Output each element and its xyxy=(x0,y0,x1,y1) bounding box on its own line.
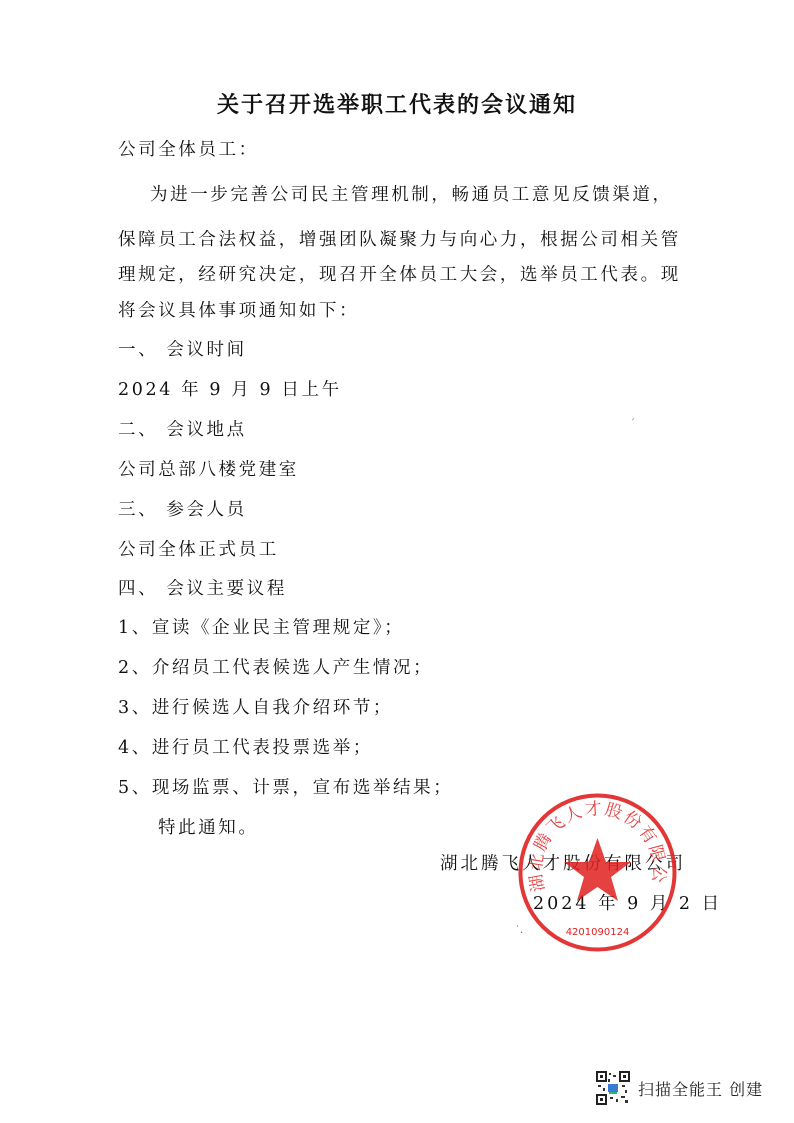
scanner-watermark: 扫描全能王 创建 xyxy=(596,1071,763,1105)
section-heading-attendees: 三、 参会人员 xyxy=(118,496,247,521)
agenda-item-2: 2、介绍员工代表候选人产生情况； xyxy=(118,654,433,679)
intro-line-1: 为进一步完善公司民主管理机制，畅通员工意见反馈渠道， xyxy=(150,181,673,206)
intro-line-4: 将会议具体事项通知如下： xyxy=(118,297,359,322)
agenda-item-3: 3、进行候选人自我介绍环节； xyxy=(118,694,393,719)
star-icon xyxy=(564,838,631,901)
intro-line-2: 保障员工合法权益，增强团队凝聚力与向心力，根据公司相关管 xyxy=(118,226,681,251)
agenda-item-1: 1、宣读《企业民主管理规定》； xyxy=(118,614,404,639)
document-title: 关于召开选举职工代表的会议通知 xyxy=(0,88,794,119)
section-content-location: 公司总部八楼党建室 xyxy=(118,456,299,481)
section-heading-agenda: 四、 会议主要议程 xyxy=(118,575,287,600)
closing-text: 特此通知。 xyxy=(158,814,259,839)
section-content-time: 2024 年 9 月 9 日上午 xyxy=(118,376,342,401)
svg-text:4201090124: 4201090124 xyxy=(566,927,630,938)
section-content-attendees: 公司全体正式员工 xyxy=(118,536,279,561)
section-heading-location: 二、 会议地点 xyxy=(118,416,247,441)
qr-code-icon xyxy=(596,1071,630,1105)
salutation: 公司全体员工： xyxy=(118,136,259,161)
agenda-item-4: 4、进行员工代表投票选举； xyxy=(118,734,373,759)
company-seal-stamp: 湖北腾飞人才股份有限公司 4201090124 xyxy=(515,790,680,955)
scan-speck: ˙. xyxy=(515,925,523,936)
section-heading-time: 一、 会议时间 xyxy=(118,336,247,361)
intro-line-3: 理规定，经研究决定，现召开全体员工大会，选举员工代表。现 xyxy=(118,261,681,286)
watermark-text: 扫描全能王 创建 xyxy=(638,1077,763,1100)
scan-speck: ′ xyxy=(632,418,634,429)
agenda-item-5: 5、现场监票、计票，宣布选举结果； xyxy=(118,774,453,799)
